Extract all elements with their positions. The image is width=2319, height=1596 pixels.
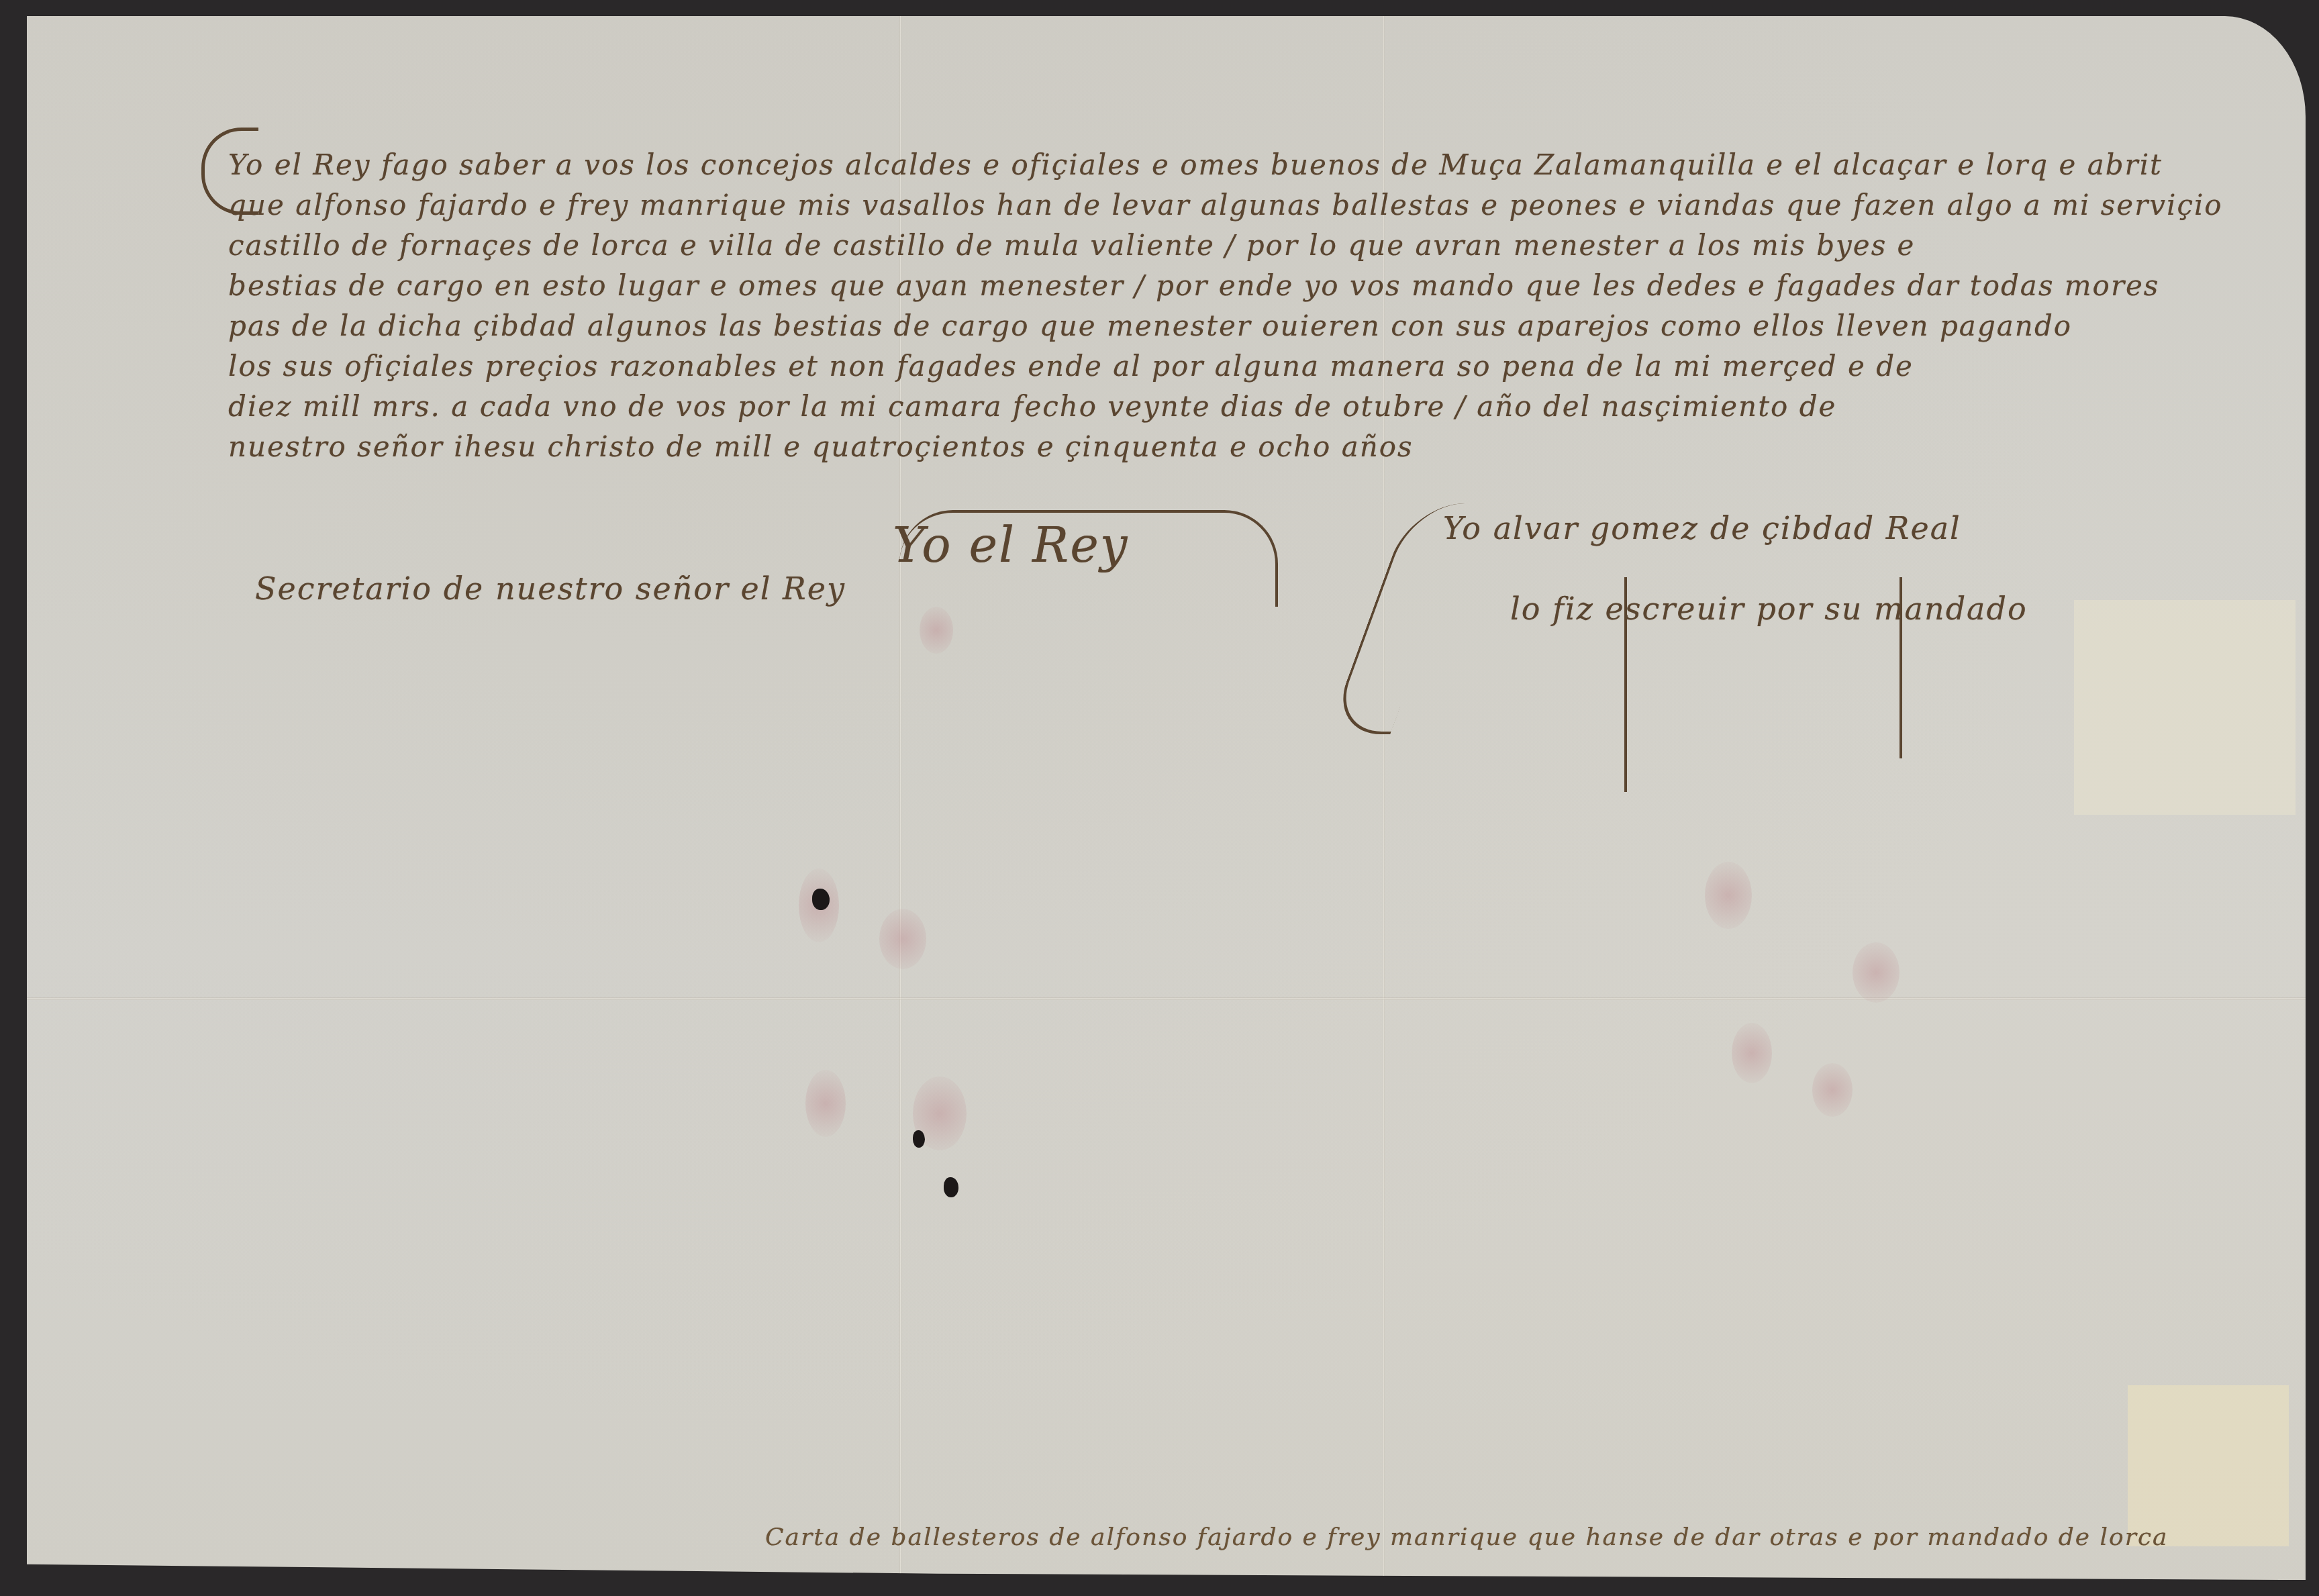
red-stain xyxy=(1812,1063,1853,1117)
body-line: nuestro señor ihesu christo de mill e qu… xyxy=(228,433,1414,461)
body-line: bestias de cargo en esto lugar e omes qu… xyxy=(228,272,2159,300)
body-line: los sus ofiçiales preçios razonables et … xyxy=(228,352,1914,381)
paper-repair-patch xyxy=(2074,600,2296,815)
red-stain xyxy=(1853,942,1899,1003)
red-stain xyxy=(1732,1023,1772,1083)
ink-blot xyxy=(812,889,830,910)
body-line: diez mill mrs. a cada vno de vos por la … xyxy=(228,393,1836,421)
body-line: pas de la dicha çibdad algunos las besti… xyxy=(228,312,2072,340)
red-stain xyxy=(805,1070,846,1137)
red-stain xyxy=(879,909,926,969)
red-stain xyxy=(920,607,953,654)
body-line: Yo el Rey fago saber a vos los concejos … xyxy=(228,151,2163,179)
subscription-line: Yo alvar gomez de çibdad Real xyxy=(1443,510,1961,546)
rubric-stroke xyxy=(1624,577,1627,792)
secretary-line: Secretario de nuestro señor el Rey xyxy=(255,570,846,607)
ink-blot xyxy=(913,1130,925,1148)
horizontal-fold xyxy=(27,997,2306,1000)
body-line: que alfonso fajardo e frey manrique mis … xyxy=(228,191,2223,219)
dorsal-endorsement: Carta de ballesteros de alfonso fajardo … xyxy=(765,1524,2169,1551)
subscription-line: lo fiz escreuir por su mandado xyxy=(1510,591,2028,627)
ink-blot xyxy=(944,1177,958,1197)
paper-repair-patch xyxy=(2128,1385,2289,1546)
rubric-stroke xyxy=(1899,577,1902,758)
body-line: castillo de fornaçes de lorca e villa de… xyxy=(228,232,1915,260)
red-stain xyxy=(1705,862,1752,929)
signature-flourish xyxy=(899,510,1278,607)
